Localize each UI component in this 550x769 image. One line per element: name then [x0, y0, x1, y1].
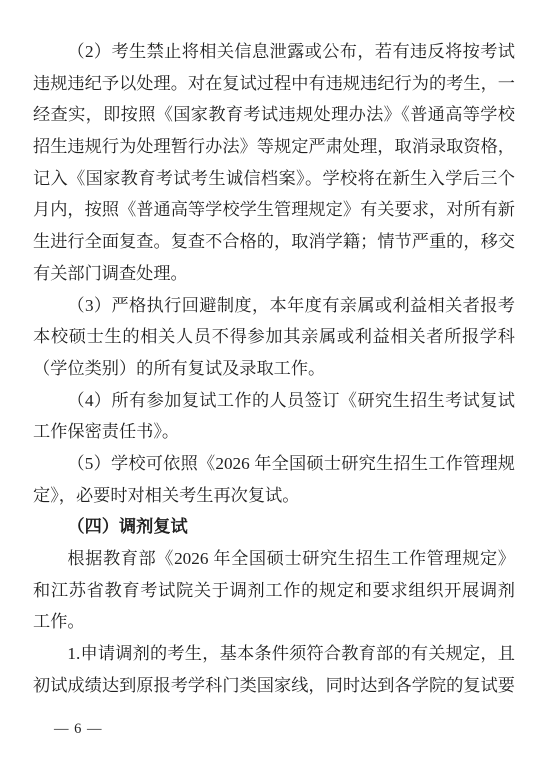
text-line: （5）学校可依照《2026 年全国硕士研究生招生工作管理规 [33, 448, 515, 480]
page-number: — 6 — [54, 721, 103, 738]
text-line: 记入《国家教育考试考生诚信档案》。学校将在新生入学后三个 [33, 163, 515, 195]
text-line: 根据教育部《2026 年全国硕士研究生招生工作管理规定》 [33, 543, 515, 575]
text-line: 工作保密责任书》。 [33, 416, 515, 448]
text-line: 1.申请调剂的考生，基本条件须符合教育部的有关规定，且 [33, 638, 515, 670]
text-line: 生进行全面复查。复查不合格的，取消学籍；情节严重的，移交 [33, 226, 515, 258]
text-line: 初试成绩达到原报考学科门类国家线，同时达到各学院的复试要 [33, 670, 515, 702]
text-line: 和江苏省教育考试院关于调剂工作的规定和要求组织开展调剂 [33, 575, 515, 607]
text-line: 定》，必要时对相关考生再次复试。 [33, 480, 515, 512]
text-line: 月内，按照《普通高等学校学生管理规定》有关要求，对所有新 [33, 194, 515, 226]
text-line: （2）考生禁止将相关信息泄露或公布，若有违反将按考试 [33, 36, 515, 68]
text-line: 工作。 [33, 606, 515, 638]
text-line: 本校硕士生的相关人员不得参加其亲属或利益相关者所报学科 [33, 321, 515, 353]
text-line: 招生违规行为处理暂行办法》等规定严肃处理，取消录取资格， [33, 131, 515, 163]
text-line: （学位类别）的所有复试及录取工作。 [33, 353, 515, 385]
document-body: （2）考生禁止将相关信息泄露或公布，若有违反将按考试 违规违纪予以处理。对在复试… [33, 36, 515, 701]
text-line: 违规违纪予以处理。对在复试过程中有违规违纪行为的考生，一 [33, 68, 515, 100]
text-line: 经查实，即按照《国家教育考试违规处理办法》《普通高等学校 [33, 99, 515, 131]
text-line: （4）所有参加复试工作的人员签订《研究生招生考试复试 [33, 385, 515, 417]
text-line: 有关部门调查处理。 [33, 258, 515, 290]
document-page: （2）考生禁止将相关信息泄露或公布，若有违反将按考试 违规违纪予以处理。对在复试… [0, 0, 550, 769]
text-line: （3）严格执行回避制度，本年度有亲属或利益相关者报考 [33, 290, 515, 322]
section-heading: （四）调剂复试 [33, 511, 515, 543]
